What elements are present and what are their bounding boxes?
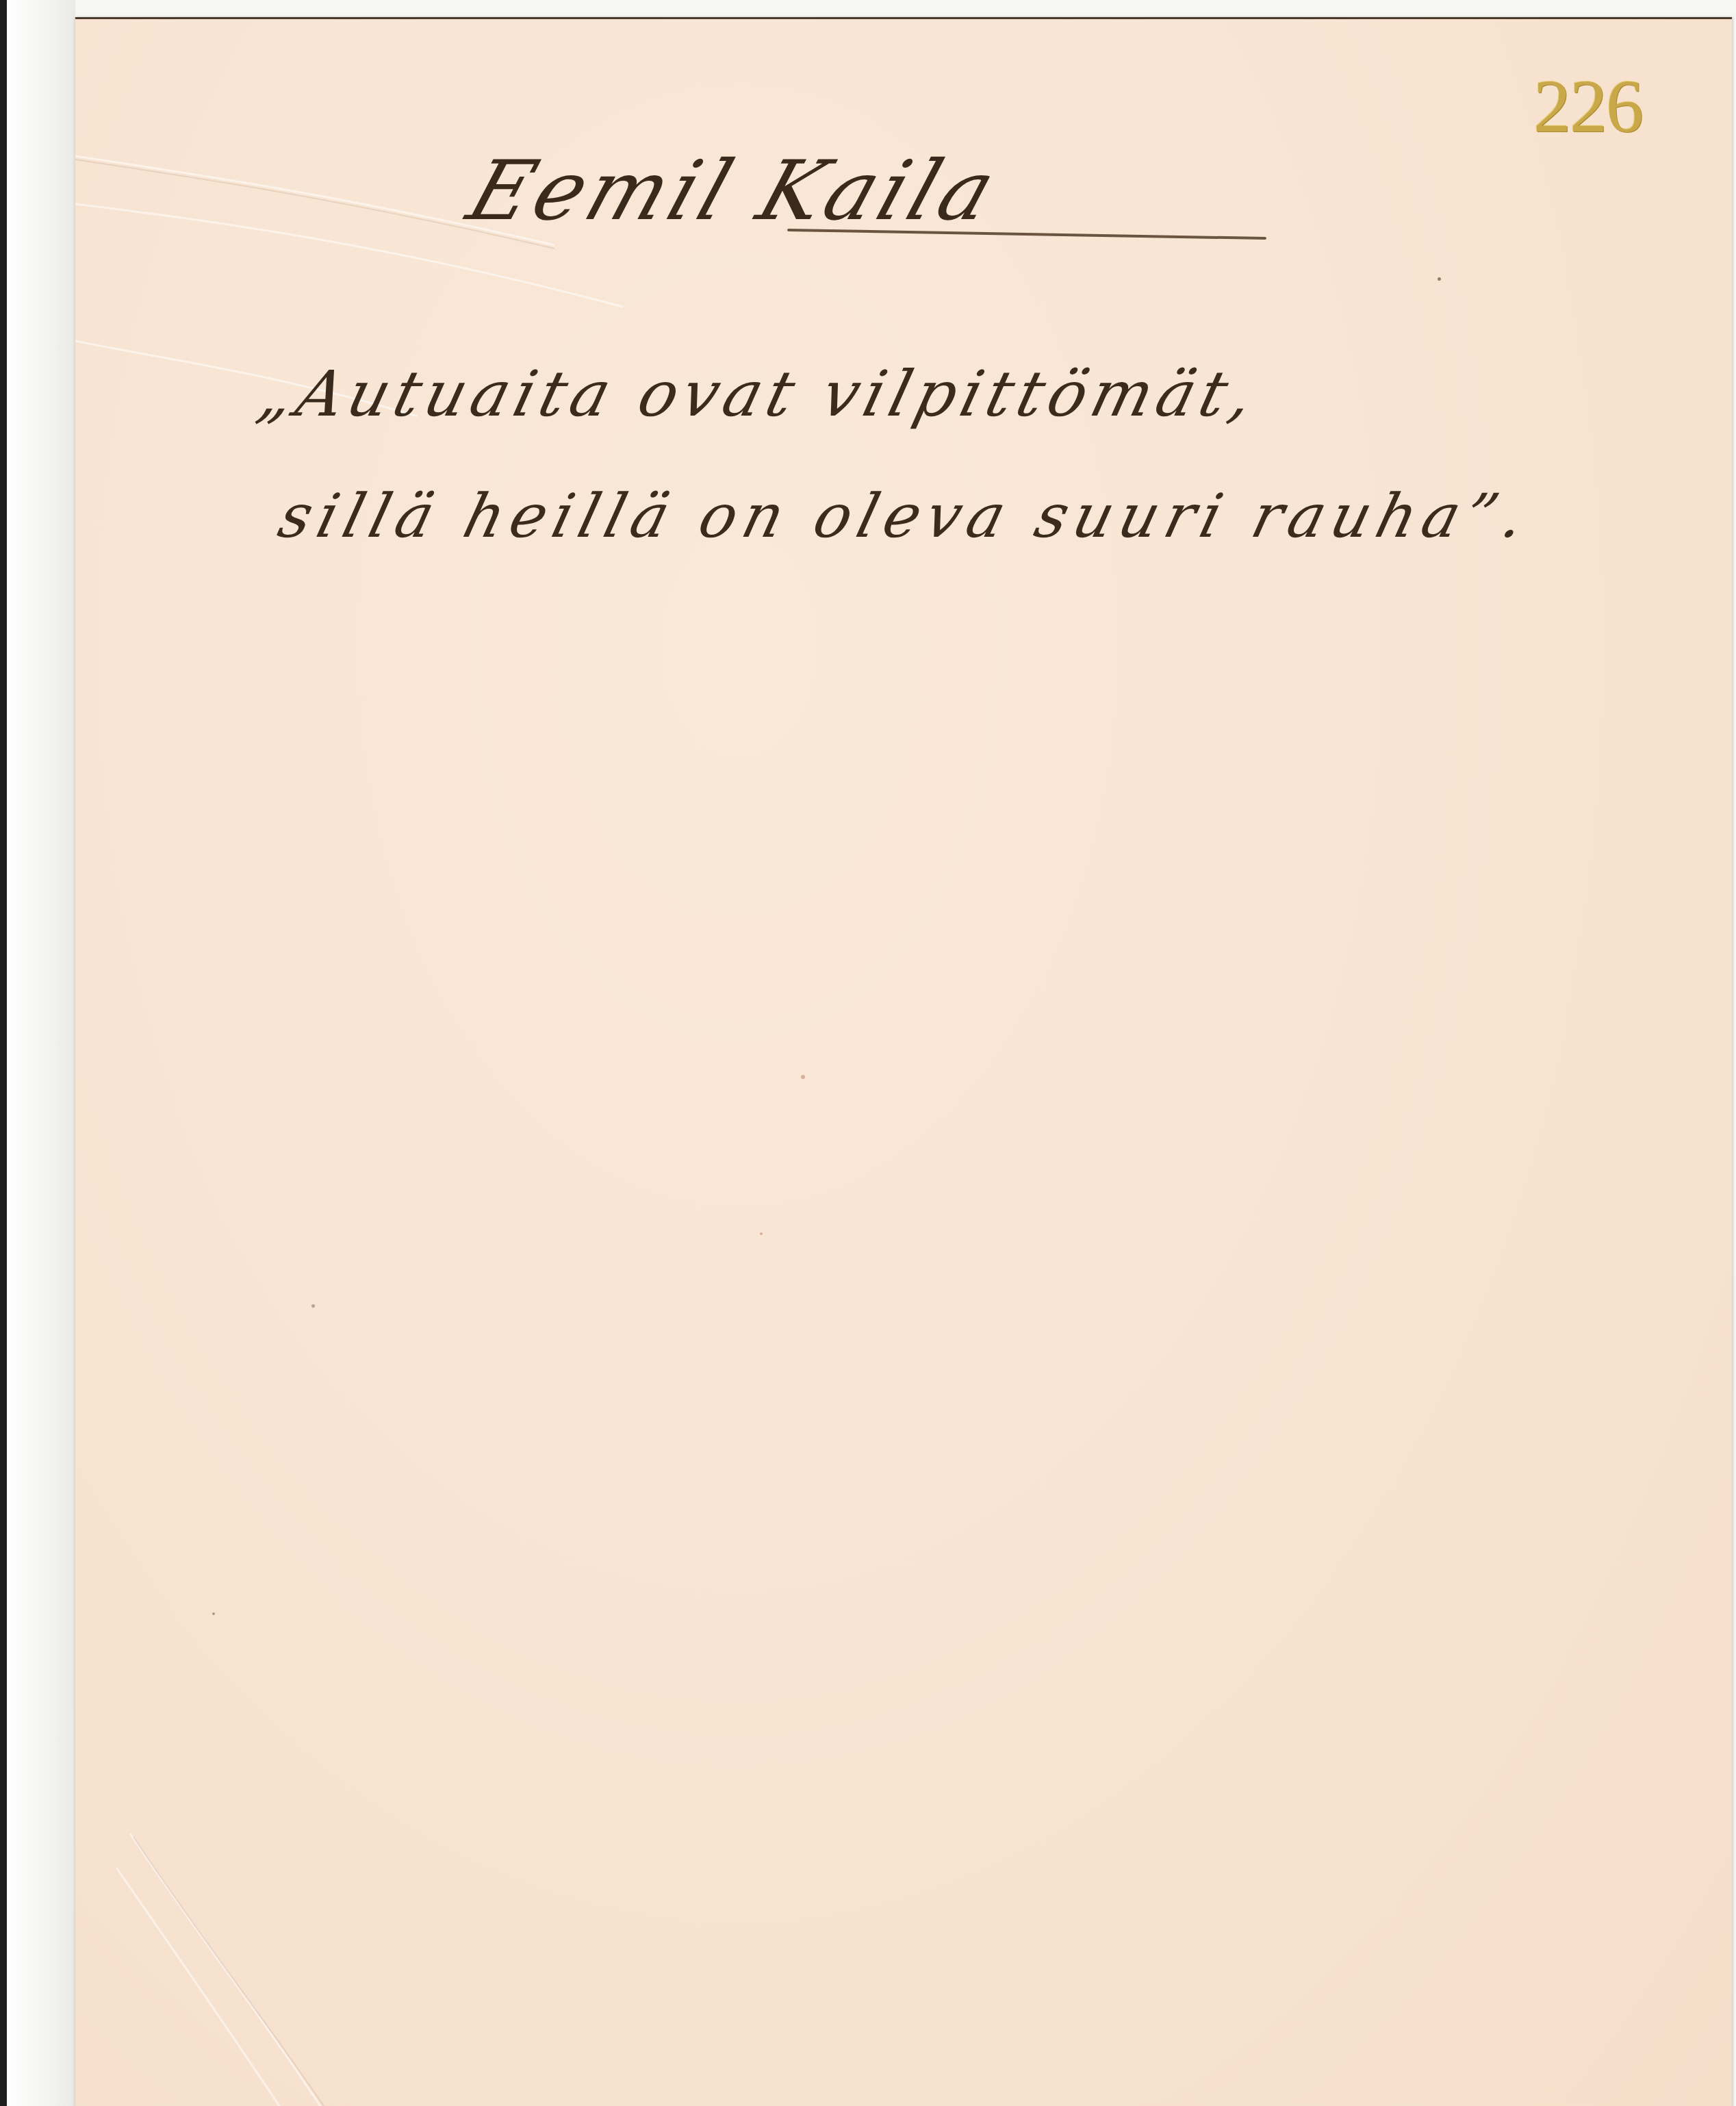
page-number: 226 [1533,68,1642,144]
paper-speck [760,1232,763,1235]
author-signature: Eemil Kaila [459,151,1008,233]
paper-speck [801,1075,805,1079]
paper-speck [1438,277,1441,281]
scanner-edge [0,0,7,2106]
paper-crease-texture [75,19,1732,2106]
quote-line-2: sillä heillä on oleva suuri rauha”. [273,486,1537,546]
scan-margin [7,0,75,2106]
paper-speck [311,1304,315,1308]
paper-sheet [75,17,1732,2106]
quote-line-1: „Autuaita ovat vilpittömät, [253,363,1265,426]
paper-speck [212,1612,215,1615]
